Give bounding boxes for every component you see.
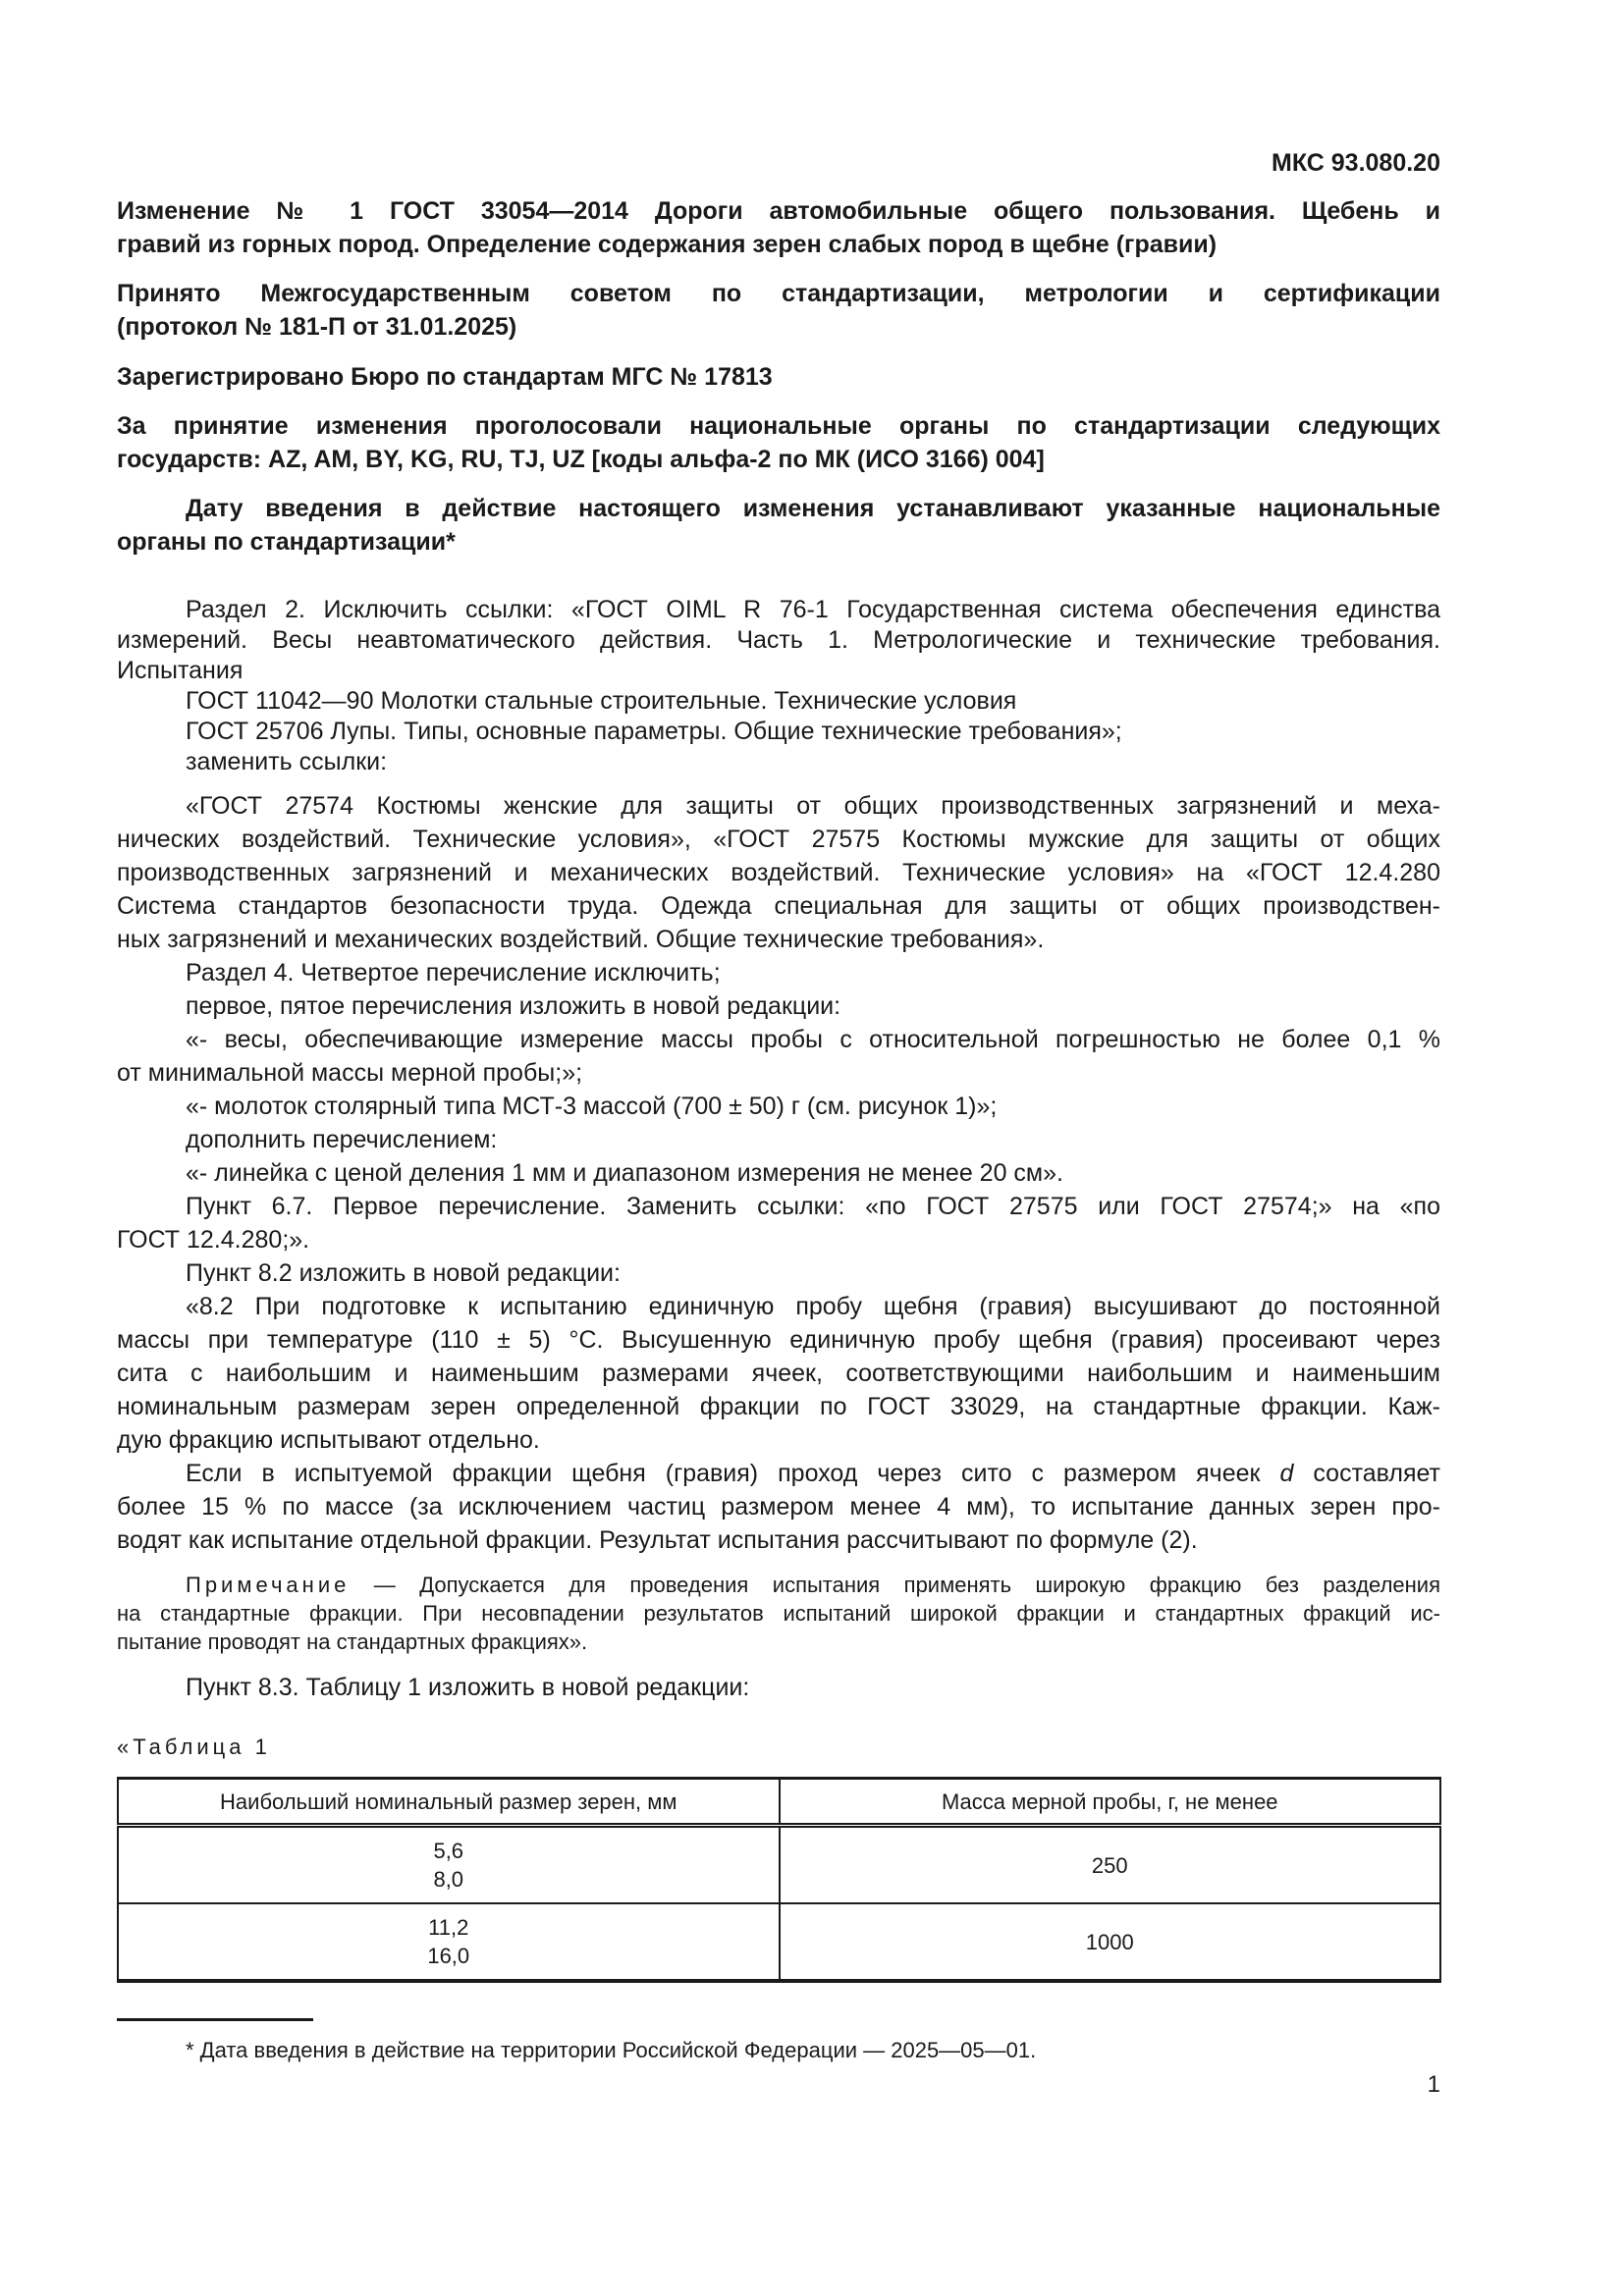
body-line: измерений. Весы неавтоматического действ… <box>117 625 1440 656</box>
body-line: ГОСТ 25706 Лупы. Типы, основные параметр… <box>186 717 1440 747</box>
page-number: 1 <box>1428 2071 1440 2099</box>
body-line: дополнить перечислением: <box>186 1125 1440 1155</box>
amendment-title-line-2: гравий из горных пород. Определение соде… <box>117 230 1440 260</box>
table-cell-mass: 1000 <box>780 1903 1441 1981</box>
size-value: 5,6 <box>119 1837 779 1865</box>
body-line: «- молоток столярный типа МСТ-3 массой (… <box>186 1092 1440 1122</box>
body-line: «- линейка с ценой деления 1 мм и диапаз… <box>186 1158 1440 1189</box>
size-value: 11,2 <box>119 1913 779 1942</box>
body-line: более 15 % по массе (за исключением част… <box>117 1492 1440 1522</box>
body-text: Если в испытуемой фракции щебня (гравия)… <box>186 1460 1260 1487</box>
note-label: Примечание <box>186 1573 350 1597</box>
table-header-row: Наибольший номинальный размер зерен, мм … <box>118 1779 1440 1826</box>
body-text: составляет <box>1313 1460 1440 1487</box>
adopted-line-2: (протокол № 181-П от 31.01.2025) <box>117 312 1440 343</box>
table-row: 5,6 8,0 250 <box>118 1826 1440 1904</box>
table-cell-mass: 250 <box>780 1826 1441 1904</box>
body-line: Система стандартов безопасности труда. О… <box>117 891 1440 922</box>
body-line: первое, пятое перечисления изложить в но… <box>186 991 1440 1022</box>
body-line: «- весы, обеспечивающие измерение массы … <box>186 1025 1440 1055</box>
note-text: — Допускается для проведения испытания п… <box>350 1573 1440 1597</box>
body-line: ГОСТ 11042—90 Молотки стальные строитель… <box>186 686 1440 717</box>
table-cell-sizes: 5,6 8,0 <box>118 1826 780 1904</box>
body-line: Пункт 6.7. Первое перечисление. Заменить… <box>186 1192 1440 1222</box>
body-line: производственных загрязнений и механичес… <box>117 858 1440 888</box>
body-line: «ГОСТ 27574 Костюмы женские для защиты о… <box>186 791 1440 822</box>
date-line-2: органы по стандартизации* <box>117 527 1440 558</box>
footnote: * Дата введения в действие на территории… <box>186 2037 1440 2063</box>
body-line: «8.2 При подготовке к испытанию единичну… <box>186 1292 1440 1322</box>
table-caption: «Таблица 1 <box>117 1734 1440 1760</box>
body-line: заменить ссылки: <box>186 747 1440 777</box>
body-line: дую фракцию испытывают отдельно. <box>117 1425 1440 1456</box>
body-line: водят как испытание отдельной фракции. Р… <box>117 1525 1440 1556</box>
body-line: ГОСТ 12.4.280;». <box>117 1225 1440 1255</box>
footnote-divider <box>117 2018 313 2021</box>
body-line: нических воздействий. Технические услови… <box>117 825 1440 855</box>
voted-line-1: За принятие изменения проголосовали наци… <box>117 411 1440 442</box>
mesh-size-symbol: d <box>1279 1460 1293 1487</box>
point-8-3-line: Пункт 8.3. Таблицу 1 изложить в новой ре… <box>186 1673 1440 1703</box>
mks-code: МКС 93.080.20 <box>1272 149 1440 178</box>
note-line: Примечание — Допускается для проведения … <box>186 1572 1440 1598</box>
amendment-title-line-1: Изменение № 1 ГОСТ 33054—2014 Дороги авт… <box>117 196 1440 227</box>
body-line: ных загрязнений и механических воздейств… <box>117 925 1440 955</box>
body-line: сита с наибольшим и наименьшим размерами… <box>117 1359 1440 1389</box>
body-line: Испытания <box>117 656 1440 686</box>
table-1: Наибольший номинальный размер зерен, мм … <box>117 1777 1441 1983</box>
body-line: Раздел 4. Четвертое перечисление исключи… <box>186 958 1440 988</box>
body-line: Если в испытуемой фракции щебня (гравия)… <box>186 1459 1440 1489</box>
body-line: массы при температуре (110 ± 5) °С. Высу… <box>117 1325 1440 1356</box>
document-page: МКС 93.080.20 Изменение № 1 ГОСТ 33054—2… <box>0 0 1624 2296</box>
registered-line: Зарегистрировано Бюро по стандартам МГС … <box>117 362 1440 393</box>
date-line-1: Дату введения в действие настоящего изме… <box>186 494 1440 524</box>
table-cell-sizes: 11,2 16,0 <box>118 1903 780 1981</box>
adopted-line-1: Принято Межгосударственным советом по ст… <box>117 279 1440 309</box>
body-line: номинальным размерам зерен определенной … <box>117 1392 1440 1422</box>
body-line: от минимальной массы мерной пробы;»; <box>117 1058 1440 1089</box>
voted-line-2: государств: AZ, AM, BY, KG, RU, TJ, UZ [… <box>117 445 1440 475</box>
note-line: на стандартные фракции. При несовпадении… <box>117 1600 1440 1627</box>
size-value: 16,0 <box>119 1942 779 1970</box>
table-header-size: Наибольший номинальный размер зерен, мм <box>118 1779 780 1826</box>
note-line: пытание проводят на стандартных фракциях… <box>117 1629 1440 1655</box>
table-header-mass: Масса мерной пробы, г, не менее <box>780 1779 1441 1826</box>
table-row: 11,2 16,0 1000 <box>118 1903 1440 1981</box>
body-line: Раздел 2. Исключить ссылки: «ГОСТ OIML R… <box>186 595 1440 625</box>
body-line: Пункт 8.2 изложить в новой редакции: <box>186 1258 1440 1289</box>
size-value: 8,0 <box>119 1865 779 1894</box>
